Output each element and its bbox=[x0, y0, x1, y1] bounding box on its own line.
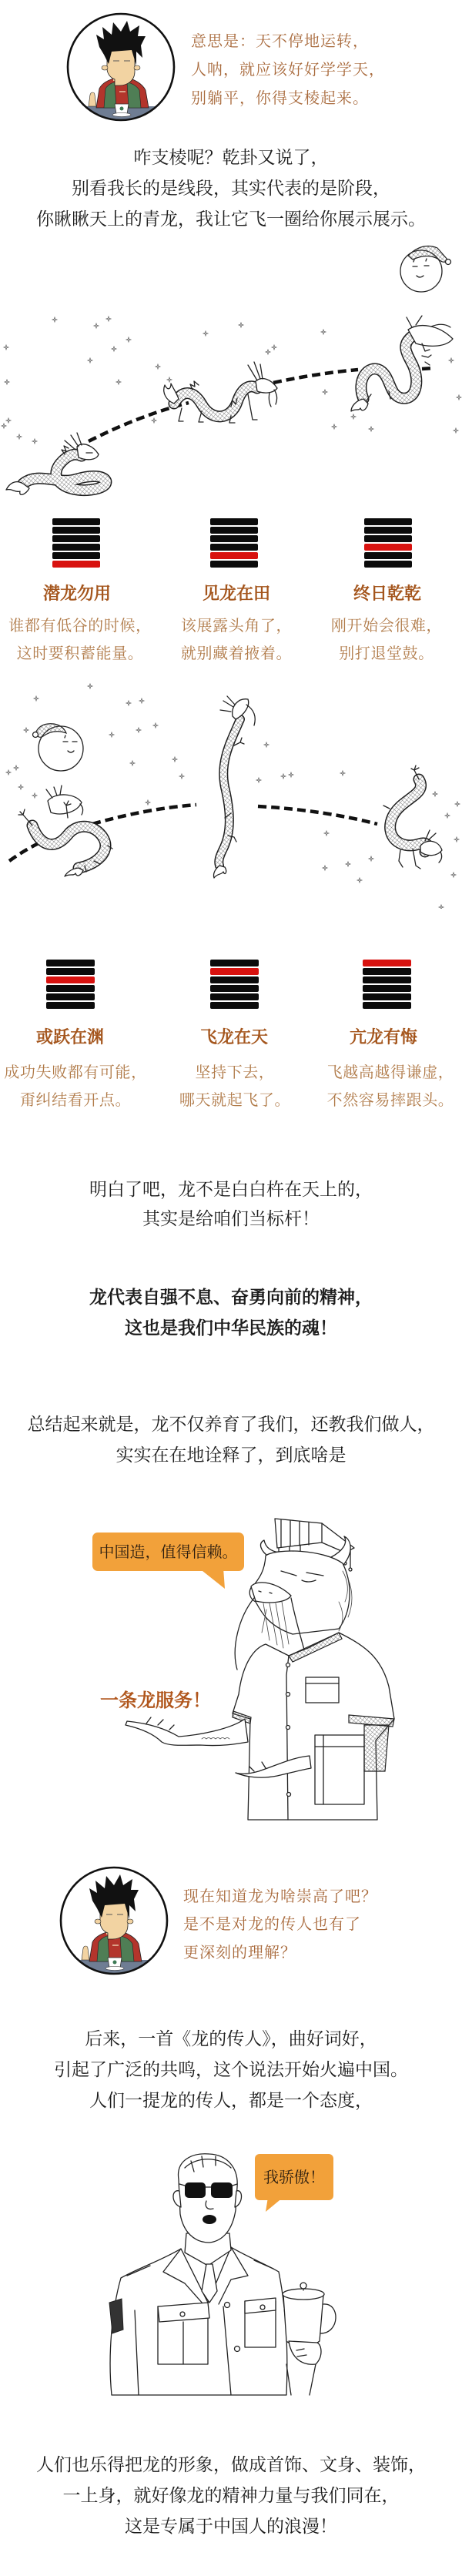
hexagram-bar bbox=[52, 544, 100, 551]
star-icon bbox=[264, 742, 269, 747]
star-icon bbox=[324, 831, 329, 836]
star-icon bbox=[126, 337, 131, 342]
hexagram-bar bbox=[52, 561, 100, 568]
dragon-flight-scene-2 bbox=[0, 678, 462, 909]
avatar-note-line: 人呐，就应该好好学学天， bbox=[191, 58, 385, 81]
star-icon bbox=[323, 866, 327, 870]
hexagram-bar bbox=[363, 960, 411, 966]
star-icon bbox=[88, 358, 92, 363]
hexagram-bar bbox=[210, 527, 258, 534]
star-icon bbox=[17, 434, 22, 439]
hand-holding-mug bbox=[286, 2341, 321, 2395]
star-icon bbox=[2, 424, 6, 428]
star-icon bbox=[179, 774, 184, 779]
star-icon bbox=[5, 380, 9, 384]
avatar-note-line: 意思是：天不停地运转， bbox=[191, 29, 369, 52]
mug-icon bbox=[283, 2283, 336, 2346]
closing-line: 一上身，就好像龙的精神力量与我们同在， bbox=[0, 2484, 462, 2507]
one-stop-service-slogan: 一条龙服务！ bbox=[100, 1687, 211, 1713]
star-icon bbox=[454, 837, 459, 842]
star-icon bbox=[34, 696, 38, 701]
hexagram-bar bbox=[363, 985, 411, 992]
star-icon bbox=[32, 439, 37, 444]
hexagram-qian-line-4 bbox=[46, 960, 95, 1009]
hexagram-bar bbox=[363, 993, 411, 1000]
star-icon bbox=[449, 358, 454, 363]
star-icon bbox=[156, 364, 160, 369]
dragon-flight-scene-1 bbox=[0, 231, 462, 501]
hexagram-bar bbox=[364, 552, 412, 559]
conclusion-line: 明白了吧，龙不是白白杵在天上的， bbox=[0, 1178, 462, 1201]
star-icon bbox=[272, 345, 276, 350]
hexagram-title: 潜龙勿用 bbox=[0, 583, 154, 606]
star-icon bbox=[256, 778, 261, 782]
hexagram-bar bbox=[46, 968, 95, 975]
avatar-note-line: 别躺平，你得支棱起来。 bbox=[191, 86, 369, 109]
star-icon bbox=[457, 395, 461, 400]
star-icon bbox=[433, 792, 437, 796]
star-icon bbox=[357, 878, 362, 883]
star-icon bbox=[451, 873, 456, 877]
man-jacket bbox=[109, 2247, 287, 2395]
star-icon bbox=[439, 905, 444, 909]
star-icon bbox=[332, 424, 336, 429]
dragon-rising-icon bbox=[351, 316, 453, 411]
hexagram-desc: 就别藏着掖着。 bbox=[159, 641, 313, 665]
star-icon bbox=[24, 728, 28, 732]
hexagram-bar bbox=[210, 544, 258, 551]
hexagram-bar bbox=[363, 1002, 411, 1009]
dragon-soaring-icon bbox=[213, 696, 255, 878]
spirit-statement-line: 龙代表自强不息、奋勇向前的精神， bbox=[0, 1286, 462, 1309]
star-icon bbox=[239, 323, 243, 327]
dragon-leaping-icon bbox=[18, 786, 112, 876]
star-icon bbox=[106, 317, 111, 321]
hexagram-bar bbox=[46, 985, 95, 992]
hexagram-bar bbox=[210, 985, 259, 992]
moon-with-hat-icon bbox=[400, 246, 451, 292]
star-icon bbox=[455, 802, 460, 806]
closing-line: 人们也乐得把龙的形象，做成首饰、文身、装饰， bbox=[0, 2454, 462, 2477]
hexagram-title: 终日乾乾 bbox=[310, 583, 462, 606]
star-icon bbox=[130, 761, 135, 765]
hexagram-desc: 谁都有低谷的时候， bbox=[3, 614, 157, 637]
hexagram-bar bbox=[52, 552, 100, 559]
avatar-note-line: 是不是对龙的传人也有了 bbox=[183, 1912, 361, 1935]
hexagram-bar bbox=[210, 1002, 259, 1009]
boy-avatar-icon bbox=[59, 1865, 169, 1976]
hexagram-desc: 刚开始会很难， bbox=[310, 614, 462, 637]
hexagram-desc: 这时要积蓄能量。 bbox=[3, 641, 157, 665]
star-icon bbox=[14, 765, 18, 770]
song-line: 引起了广泛的共鸣，这个说法开始火遍中国。 bbox=[0, 2058, 462, 2082]
star-icon bbox=[203, 331, 208, 336]
star-icon bbox=[340, 771, 345, 775]
hexagram-bar bbox=[363, 976, 411, 983]
hexagram-desc: 哪天就起飞了。 bbox=[158, 1088, 312, 1111]
song-line: 人们一提龙的传人，都是一个态度， bbox=[0, 2089, 462, 2112]
star-icon bbox=[454, 428, 458, 433]
hexagram-bar bbox=[52, 535, 100, 542]
intro-line: 你瞅瞅天上的青龙，我让它飞一圈给你展示展示。 bbox=[0, 208, 462, 231]
hexagram-desc: 别打退堂鼓。 bbox=[310, 641, 462, 665]
hexagram-bar bbox=[46, 960, 95, 966]
avatar-note-line: 更深刻的理解？ bbox=[183, 1941, 296, 1964]
hexagram-qian-line-3 bbox=[364, 518, 412, 568]
hexagram-desc: 飞越高越得谦虚， bbox=[313, 1060, 462, 1084]
dragon-coiled-icon bbox=[6, 433, 106, 494]
hexagram-desc: 成功失败都有可能， bbox=[0, 1060, 152, 1084]
moon-with-hat-icon bbox=[33, 724, 84, 771]
dragon-walking-icon bbox=[164, 362, 277, 423]
hexagram-title: 亢龙有悔 bbox=[306, 1027, 460, 1050]
open-mouth bbox=[203, 2215, 216, 2224]
star-icon bbox=[152, 418, 156, 423]
hexagram-title: 飞龙在天 bbox=[157, 1027, 311, 1050]
hexagram-bar bbox=[210, 968, 259, 975]
star-icon bbox=[146, 800, 150, 805]
hexagram-qian-line-2 bbox=[210, 518, 258, 568]
star-icon bbox=[88, 684, 92, 688]
song-line: 后来，一首《龙的传人》，曲好词好， bbox=[0, 2028, 462, 2051]
star-icon bbox=[369, 427, 373, 431]
star-icon bbox=[52, 317, 57, 322]
hexagram-desc: 坚持下去， bbox=[158, 1060, 312, 1084]
star-icon bbox=[445, 813, 450, 818]
hexagram-bar bbox=[210, 561, 258, 568]
star-icon bbox=[139, 698, 144, 703]
dragon-arm-extended bbox=[126, 1717, 248, 1746]
towel bbox=[315, 1725, 389, 1804]
star-icon bbox=[112, 347, 116, 351]
star-icon bbox=[346, 862, 350, 866]
star-icon bbox=[4, 345, 8, 350]
star-icon bbox=[136, 728, 141, 732]
star-icon bbox=[116, 380, 121, 384]
intro-line: 别看我长的是线段，其实代表的是阶段， bbox=[0, 177, 462, 200]
hexagram-bar bbox=[210, 960, 259, 966]
spirit-statement-line: 这也是我们中华民族的魂！ bbox=[0, 1317, 462, 1340]
hexagram-bar bbox=[364, 561, 412, 568]
star-icon bbox=[323, 390, 327, 394]
hexagram-bar bbox=[46, 1002, 95, 1009]
hexagram-bar bbox=[364, 518, 412, 525]
star-icon bbox=[167, 377, 172, 382]
star-icon bbox=[266, 350, 270, 354]
star-icon bbox=[32, 793, 37, 798]
star-icon bbox=[289, 772, 293, 777]
star-icon bbox=[153, 723, 158, 728]
hexagram-bar bbox=[210, 993, 259, 1000]
hexagram-desc: 该展露头角了， bbox=[159, 614, 313, 637]
hexagram-bar bbox=[210, 552, 258, 559]
hexagram-bar bbox=[210, 976, 259, 983]
hexagram-bar bbox=[364, 544, 412, 551]
speech-bubble-tail bbox=[262, 2197, 286, 2214]
star-icon bbox=[172, 757, 177, 762]
speech-bubble-proud: 我骄傲！ bbox=[255, 2154, 333, 2200]
star-icon bbox=[321, 330, 326, 334]
hexagram-bar bbox=[364, 527, 412, 534]
hexagram-bar bbox=[210, 518, 258, 525]
intro-line: 咋支棱呢？乾卦又说了， bbox=[0, 146, 462, 169]
dragon-descending-icon bbox=[383, 765, 442, 869]
summary-line: 总结起来就是，龙不仅养育了我们，还教我们做人， bbox=[0, 1413, 462, 1436]
star-icon bbox=[281, 774, 286, 779]
hexagram-desc: 不然容易摔跟头。 bbox=[313, 1088, 462, 1111]
boy-avatar-icon bbox=[65, 12, 176, 122]
hexagram-bar bbox=[46, 976, 95, 983]
star-icon bbox=[94, 323, 99, 328]
star-icon bbox=[18, 785, 23, 789]
hexagram-bar bbox=[363, 968, 411, 975]
closing-line: 这是专属于中国人的浪漫！ bbox=[0, 2515, 462, 2538]
hexagram-title: 或跃在渊 bbox=[0, 1027, 147, 1050]
speech-bubble-made-in-china: 中国造，值得信赖。 bbox=[92, 1533, 244, 1571]
hexagram-bar bbox=[210, 535, 258, 542]
avatar-note-line: 现在知道龙为啥崇高了吧？ bbox=[183, 1884, 377, 1908]
star-icon bbox=[6, 770, 11, 775]
hexagram-bar bbox=[52, 518, 100, 525]
hexagram-title: 见龙在田 bbox=[159, 583, 313, 606]
star-icon bbox=[126, 701, 131, 705]
conclusion-line: 其实是给咱们当标杆！ bbox=[0, 1208, 462, 1231]
star-icon bbox=[369, 856, 373, 861]
star-icon bbox=[351, 414, 356, 419]
hexagram-qian-line-1 bbox=[52, 518, 100, 568]
hexagram-desc: 甭纠结看开点。 bbox=[0, 1088, 152, 1111]
hexagram-bar bbox=[52, 527, 100, 534]
hexagram-qian-line-6 bbox=[363, 960, 411, 1009]
star-icon bbox=[109, 732, 114, 737]
speech-bubble-tail bbox=[192, 1568, 231, 1591]
star-icon bbox=[6, 418, 11, 423]
hexagram-bar bbox=[364, 535, 412, 542]
hexagram-qian-line-5 bbox=[210, 960, 259, 1009]
summary-line: 实实在在地诠释了，到底啥是 bbox=[0, 1444, 462, 1467]
hexagram-bar bbox=[46, 993, 95, 1000]
